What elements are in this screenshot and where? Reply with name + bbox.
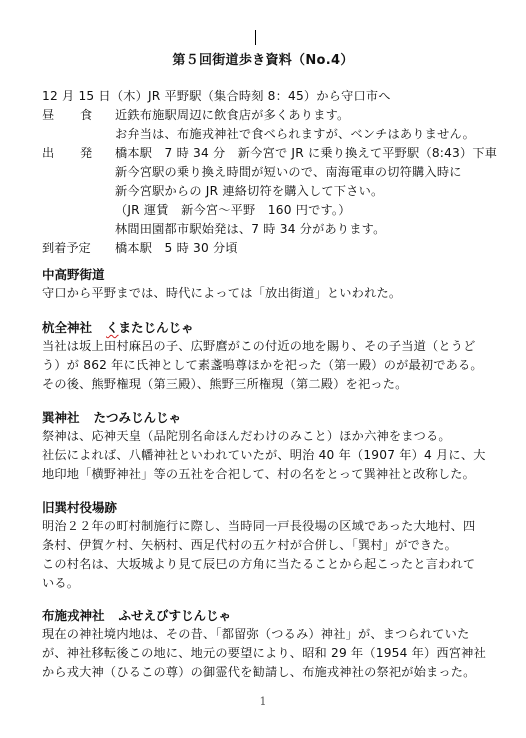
section-body-line: 当社は坂上田村麻呂の子、広野麿がこの付近の地を賜り、その子当道（とうど [42, 337, 476, 356]
section-heading: 巽神社たつみじんじゃ [42, 408, 181, 427]
section-heading: 中高野街道 [42, 265, 105, 284]
document-page: 第５回街道歩き資料（No.4） 12 月 15 日（木）JR 平野駅（集合時刻 … [0, 0, 526, 738]
section-body-line: 地印地「横野神社」等の五社を合祀して、村の名をとって巽神社と改称した。 [42, 465, 475, 484]
schedule-line: 林間田園都市駅始発は、7 時 34 分があります。 [115, 220, 385, 239]
schedule-label-arrival: 到着予定 [42, 239, 91, 258]
section-body-line: 社伝によれば、八幡神社といわれていたが、明治 40 年（1907 年）4 月に、… [42, 446, 486, 465]
schedule-line: 新今宮駅からの JR 連絡切符を購入して下さい。 [115, 182, 383, 201]
section-body-line: 祭神は、応神天皇（品陀別名命ほんだわけのみこと）ほか六神をまつる。 [42, 427, 451, 446]
section-body-line: いる。 [42, 574, 79, 593]
schedule-label-departure: 出発 [42, 144, 92, 163]
schedule-label-lunch: 昼食 [42, 106, 92, 125]
section-heading: 布施戎神社ふせえびすじんじゃ [42, 606, 231, 625]
section-body-line: 守口から平野までは、時代によっては「放出街道」といわれた。 [42, 284, 401, 303]
section-body-line: この村名は、大坂城より見て辰巳の方角に当たることから起こったと言われて [42, 555, 475, 574]
spellcheck-underline: く [106, 320, 119, 335]
page-number: 1 [0, 695, 526, 708]
section-body-line: 条村、伊賀ケ村、矢柄村、西足代村の五ケ村が合併し、「巽村」ができた。 [42, 536, 457, 555]
section-body-line: その後、熊野権現（第三殿）、熊野三所権現（第二殿）を祀った。 [42, 375, 408, 394]
text-cursor [255, 30, 256, 45]
schedule-line: 橋本駅 5 時 30 分頃 [115, 239, 238, 258]
intro-line: 12 月 15 日（木）JR 平野駅（集合時刻 8：45）から守口市へ [42, 87, 391, 106]
section-body-line: が、神社移転後この地に、地元の要望により、昭和 29 年（1954 年）西宮神社 [42, 644, 486, 663]
schedule-line: お弁当は、布施戎神社で食べられますが、ベンチはありません。 [115, 125, 475, 144]
schedule-line: 近鉄布施駅周辺に飲食店が多くあります。 [115, 106, 349, 125]
schedule-line: 新今宮駅の乗り換え時間が短いので、南海電車の切符購入時に [115, 163, 462, 182]
schedule-line: （JR 運賃 新今宮～平野 160 円です。） [115, 201, 351, 220]
section-body-line: 明治２２年の町村制施行に際し、当時同一戸長役場の区域であった大地村、四 [42, 517, 475, 536]
section-heading: 杭全神社くまたじんじゃ [42, 318, 194, 337]
schedule-line: 橋本駅 7 時 34 分 新今宮で JR に乗り換えて平野駅（8:43）下車 [115, 144, 497, 163]
document-title: 第５回街道歩き資料（No.4） [0, 49, 526, 68]
section-body-line: 現在の神社境内地は、その昔、「都留弥（つるみ）神社」が、まつられていた [42, 625, 469, 644]
section-heading: 旧巽村役場跡 [42, 498, 117, 517]
section-body-line: う）が 862 年に氏神として素盞嗚尊ほかを祀った（第一殿）のが最初である。 [42, 356, 483, 375]
section-body-line: から戎大神（ひるこの尊）の御霊代を勧請し、布施戎神社の祭祀が始まった。 [42, 663, 476, 682]
